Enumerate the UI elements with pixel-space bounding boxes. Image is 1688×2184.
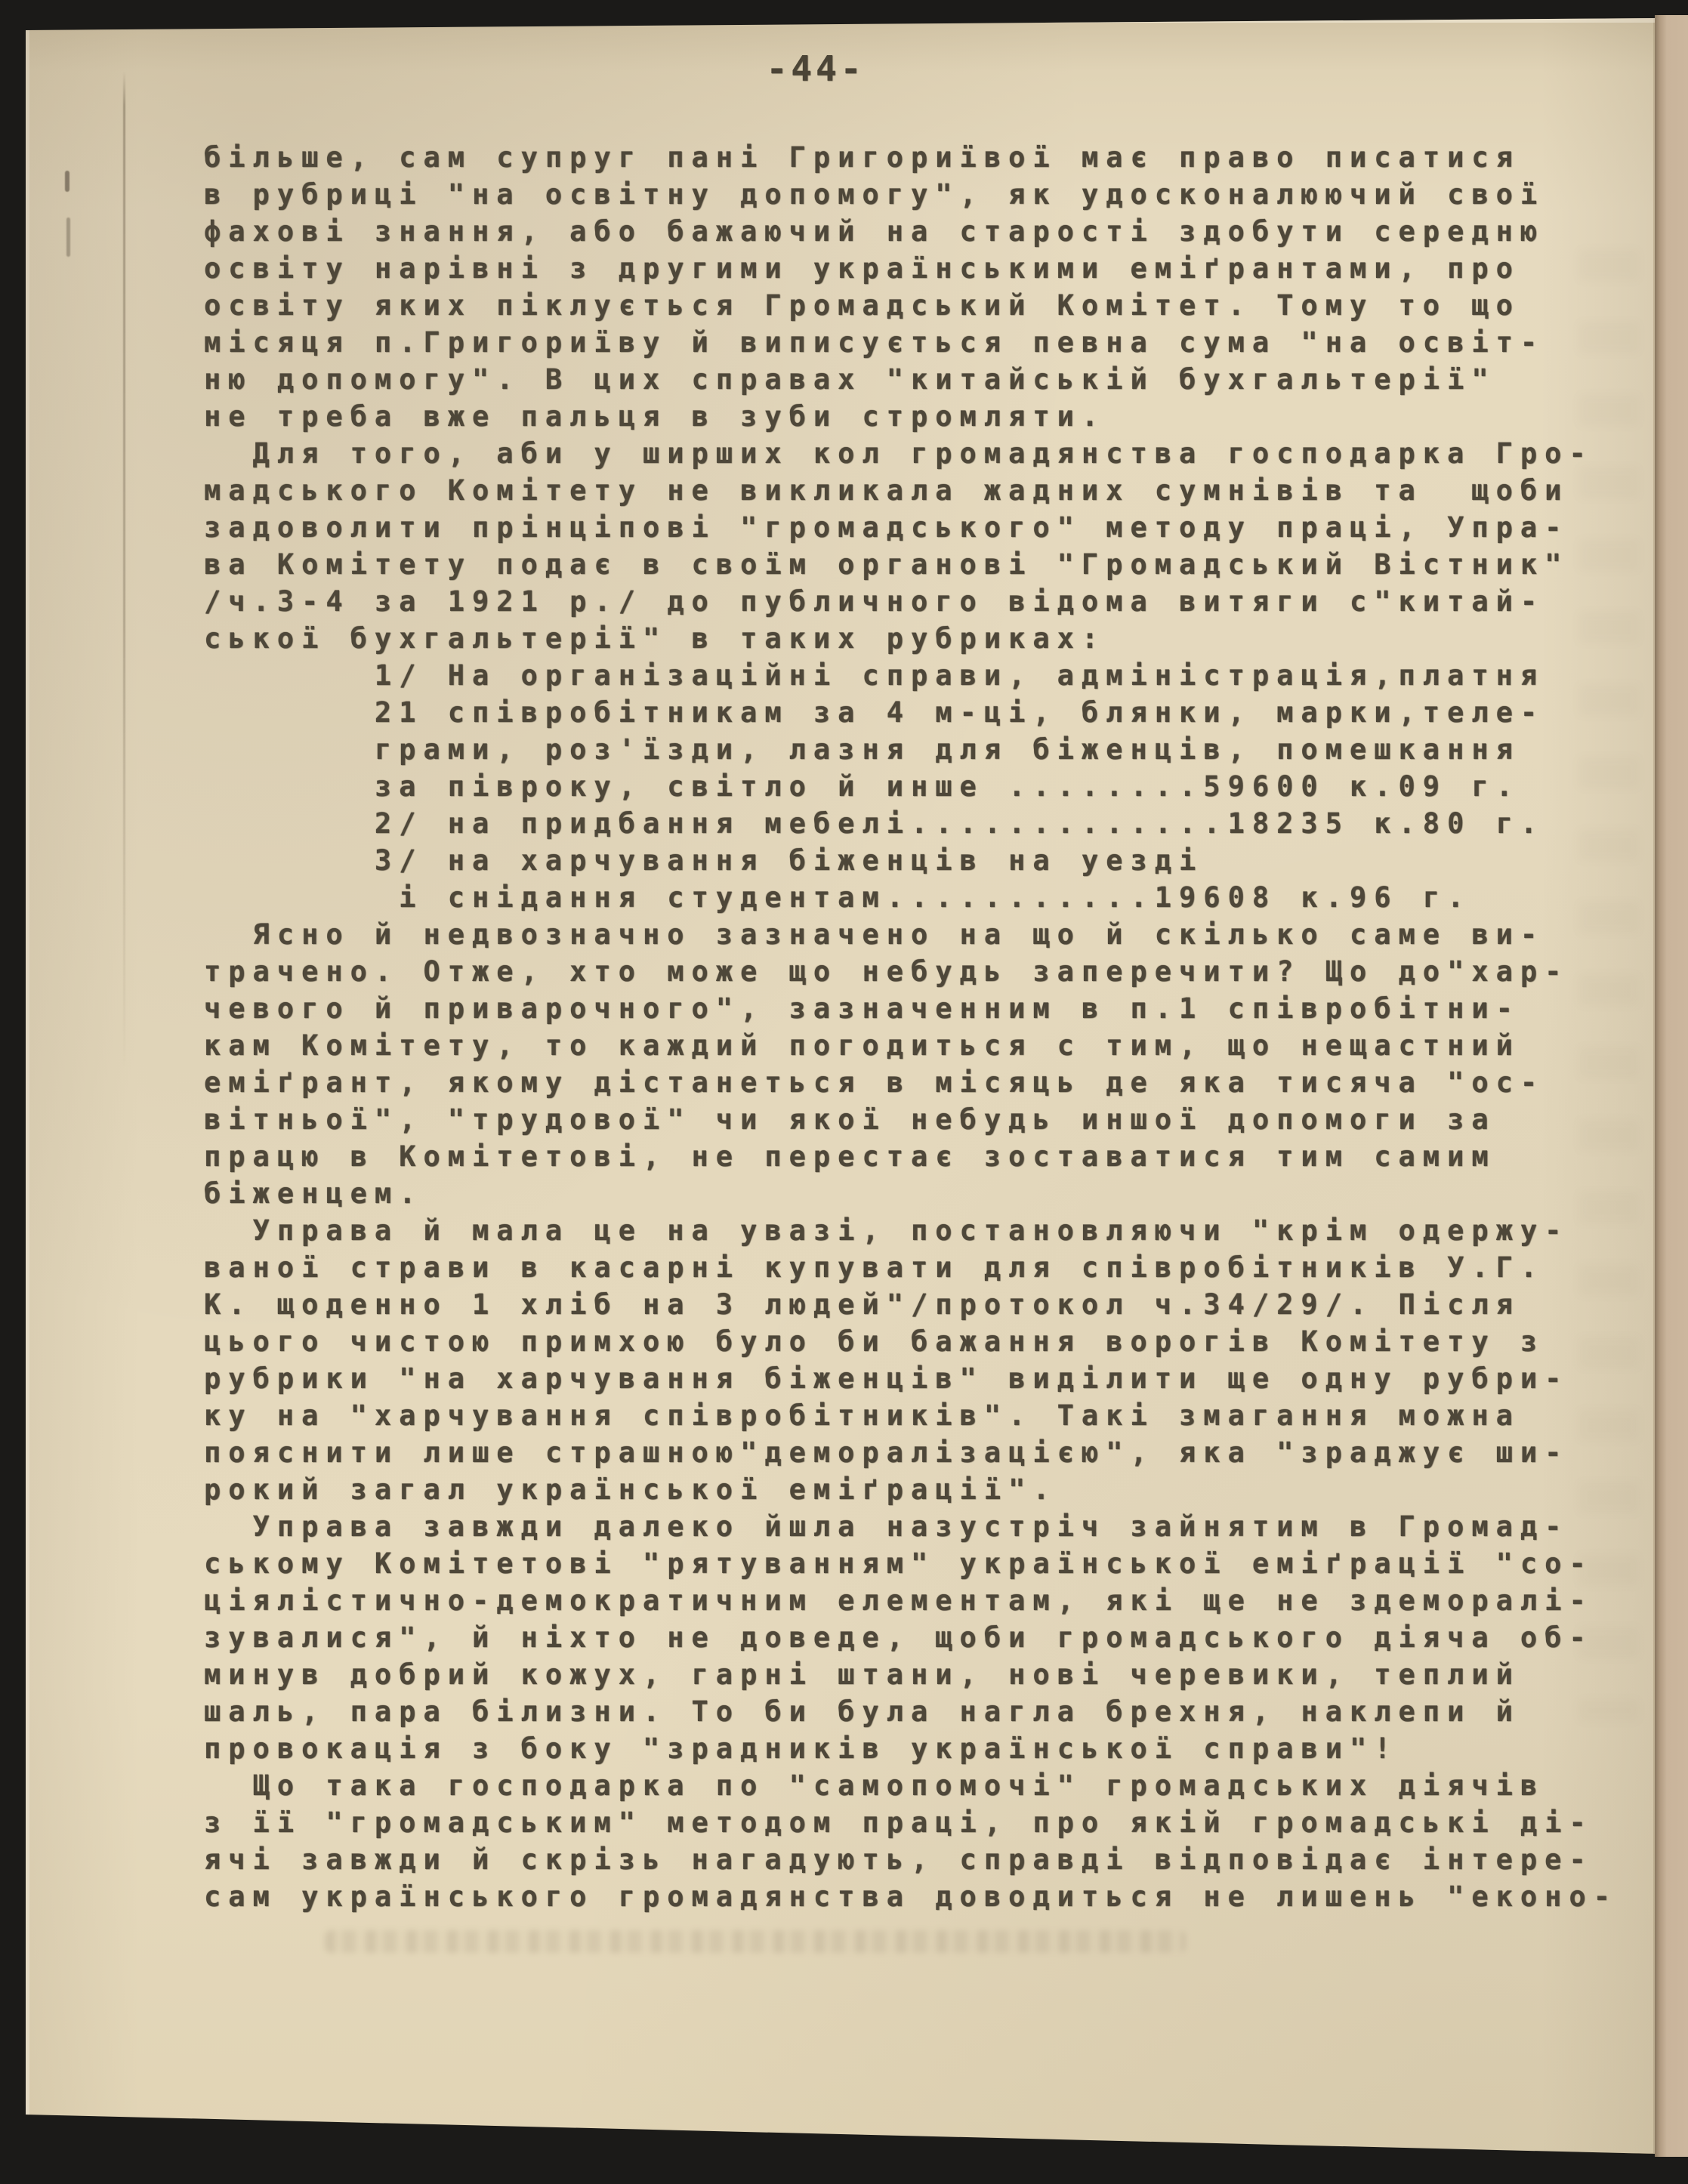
text-line: мадського Комітету не викликала жадних с…	[204, 472, 1639, 509]
text-line: освіту нарівні з другими українськими ем…	[204, 250, 1639, 287]
text-line: ціялістично-демократичним елементам, які…	[204, 1582, 1639, 1619]
scanned-document: { "document": { "page_number": "-44-", "…	[0, 0, 1688, 2184]
text-line: зувалися", й ніхто не доведе, щоби грома…	[204, 1619, 1639, 1656]
text-line: ку на "харчування співробітників". Такі …	[204, 1397, 1639, 1434]
text-line: рубрики "на харчування біженців" виділит…	[204, 1360, 1639, 1397]
text-line: Для того, аби у ширших кол громадянства …	[204, 435, 1639, 472]
text-line: ню допомогу". В цих справах "китайській …	[204, 361, 1639, 398]
text-line: провокація з боку "зрадників української…	[204, 1730, 1639, 1767]
text-line: ському Комітетові "рятуванням" українськ…	[204, 1545, 1639, 1582]
text-line: фахові знання, або бажаючий на старості …	[204, 213, 1639, 250]
text-line: ячі завжди й скрізь нагадують, справді в…	[204, 1841, 1639, 1878]
text-line: трачено. Отже, хто може що небудь запере…	[204, 953, 1639, 990]
text-line: рокий загал української еміґрації".	[204, 1471, 1639, 1508]
text-line: з її "громадським" методом праці, про як…	[204, 1804, 1639, 1841]
text-line: цього чистою примхою було би бажання вор…	[204, 1323, 1639, 1360]
text-line: не треба вже пальця в зуби стромляти.	[204, 398, 1639, 435]
text-line: ваної страви в касарні купувати для спів…	[204, 1249, 1639, 1286]
text-line: минув добрий кожух, гарні штани, нові че…	[204, 1656, 1639, 1693]
text-line: за півроку, світло й инше ........59600 …	[204, 768, 1639, 805]
text-line: 2/ на придбання мебелі.............18235…	[204, 805, 1639, 842]
margin-bleed-smudge	[1578, 249, 1639, 1722]
text-line: більше, сам супруг пані Григориївої має …	[204, 139, 1639, 176]
text-line: грами, роз'їзди, лазня для біженців, пом…	[204, 731, 1639, 768]
text-line: біженцем.	[204, 1175, 1639, 1212]
text-line: працю в Комітетові, не перестає зостават…	[204, 1138, 1639, 1175]
page-number: -44-	[725, 48, 906, 89]
text-line: пояснити лише страшною"деморалізацією", …	[204, 1434, 1639, 1471]
text-line: ської бухгальтерії" в таких рубриках:	[204, 620, 1639, 657]
ink-speckle	[65, 171, 69, 192]
text-line: 1/ На організаційні справи, адміністраці…	[204, 657, 1639, 694]
text-line: шаль, пара білизни. То би була нагла бре…	[204, 1693, 1639, 1730]
text-line: 3/ на харчування біженців на уезді	[204, 842, 1639, 879]
text-line: освіту яких піклується Громадський Коміт…	[204, 287, 1639, 324]
text-line: еміґрант, якому дістанеться в місяць де …	[204, 1064, 1639, 1101]
text-line: Управа й мала це на увазі, постановляючи…	[204, 1212, 1639, 1249]
ink-speckle	[66, 217, 70, 257]
ink-bleed-smudge	[325, 1930, 1186, 1953]
adjacent-page-edge	[1655, 15, 1688, 2157]
text-line: чевого й приварочного", зазначенним в п.…	[204, 990, 1639, 1027]
text-line: вітньої", "трудової" чи якої небудь иншо…	[204, 1101, 1639, 1138]
text-line: сам українського громадянства доводиться…	[204, 1878, 1639, 1915]
text-line: Ясно й недвозначно зазначено на що й скі…	[204, 916, 1639, 953]
text-line: Що така господарка по "самопомочі" грома…	[204, 1767, 1639, 1804]
text-line: /ч.3-4 за 1921 р./ до публичного відома …	[204, 583, 1639, 620]
text-line: ва Комітету подає в своїм органові "Гром…	[204, 546, 1639, 583]
text-line: і снідання студентам...........19608 к.9…	[204, 879, 1639, 916]
paper-fold-line	[123, 72, 125, 1069]
text-line: Управа завжди далеко йшла назустріч зайн…	[204, 1508, 1639, 1545]
text-line: кам Комітету, то каждий погодиться с тим…	[204, 1027, 1639, 1064]
text-line: К. щоденно 1 хліб на 3 людей"/протокол ч…	[204, 1286, 1639, 1323]
body-text: більше, сам супруг пані Григориївої має …	[204, 139, 1639, 1915]
text-line: в рубриці "на освітну допомогу", як удос…	[204, 176, 1639, 213]
text-line: 21 співробітникам за 4 м-ці, блянки, мар…	[204, 694, 1639, 731]
text-line: задоволити прінціпові "громадського" мет…	[204, 509, 1639, 546]
text-line: місяця п.Григориїву й виписується певна …	[204, 324, 1639, 361]
